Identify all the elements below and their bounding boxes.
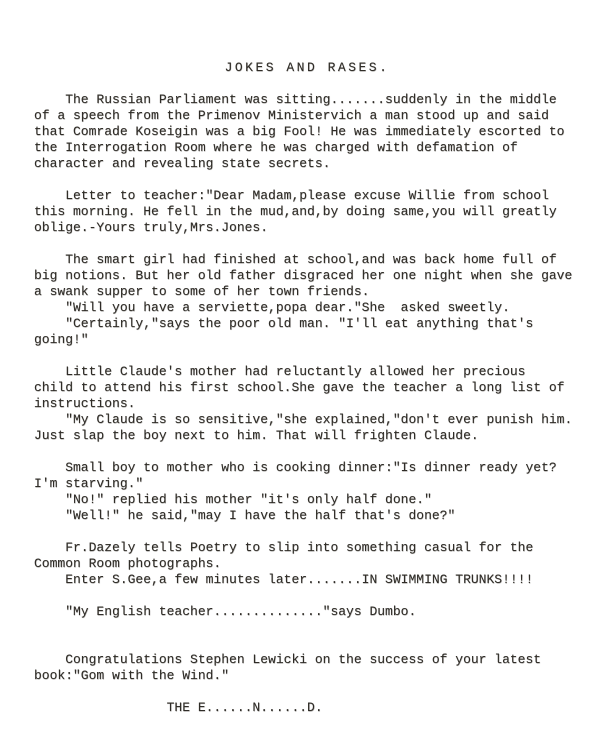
paragraph: The Russian Parliament was sitting......… bbox=[34, 92, 580, 172]
text-line: the Interrogation Room where he was char… bbox=[34, 140, 580, 156]
text-line: Small boy to mother who is cooking dinne… bbox=[34, 460, 580, 476]
text-line: big notions. But her old father disgrace… bbox=[34, 268, 580, 284]
paragraphs-container: The Russian Parliament was sitting......… bbox=[34, 92, 580, 716]
text-line: going!" bbox=[34, 332, 580, 348]
text-line: oblige.-Yours truly,Mrs.Jones. bbox=[34, 220, 580, 236]
text-line: Congratulations Stephen Lewicki on the s… bbox=[34, 652, 580, 668]
text-line: "My English teacher.............."says D… bbox=[34, 604, 580, 620]
paragraph: Little Claude's mother had reluctantly a… bbox=[34, 364, 580, 444]
text-line: Enter S.Gee,a few minutes later.......IN… bbox=[34, 572, 580, 588]
text-line: that Comrade Koseigin was a big Fool! He… bbox=[34, 124, 580, 140]
text-line: "Will you have a serviette,popa dear."Sh… bbox=[34, 300, 580, 316]
typewritten-page: JOKES AND RASES. The Russian Parliament … bbox=[0, 0, 606, 750]
page-title: JOKES AND RASES. bbox=[34, 60, 580, 76]
text-line: Just slap the boy next to him. That will… bbox=[34, 428, 580, 444]
text-line: I'm starving." bbox=[34, 476, 580, 492]
paragraph: "My English teacher.............."says D… bbox=[34, 604, 580, 620]
text-line: this morning. He fell in the mud,and,by … bbox=[34, 204, 580, 220]
text-line: Letter to teacher:"Dear Madam,please exc… bbox=[34, 188, 580, 204]
text-line: The smart girl had finished at school,an… bbox=[34, 252, 580, 268]
paragraph: Letter to teacher:"Dear Madam,please exc… bbox=[34, 188, 580, 236]
text-line: "My Claude is so sensitive,"she explaine… bbox=[34, 412, 580, 428]
text-line: a swank supper to some of her town frien… bbox=[34, 284, 580, 300]
text-line: instructions. bbox=[34, 396, 580, 412]
text-line: character and revealing state secrets. bbox=[34, 156, 580, 172]
text-line: THE E......N......D. bbox=[34, 700, 580, 716]
paragraph: THE E......N......D. bbox=[34, 700, 580, 716]
paragraph: Congratulations Stephen Lewicki on the s… bbox=[34, 652, 580, 684]
text-line: of a speech from the Primenov Ministervi… bbox=[34, 108, 580, 124]
paragraph: Small boy to mother who is cooking dinne… bbox=[34, 460, 580, 524]
text-line: "No!" replied his mother "it's only half… bbox=[34, 492, 580, 508]
text-line: child to attend his first school.She gav… bbox=[34, 380, 580, 396]
page-content: JOKES AND RASES. The Russian Parliament … bbox=[34, 60, 580, 716]
text-line: The Russian Parliament was sitting......… bbox=[34, 92, 580, 108]
text-line: Common Room photographs. bbox=[34, 556, 580, 572]
paragraph: The smart girl had finished at school,an… bbox=[34, 252, 580, 348]
text-line: "Well!" he said,"may I have the half tha… bbox=[34, 508, 580, 524]
text-line: "Certainly,"says the poor old man. "I'll… bbox=[34, 316, 580, 332]
paragraph: Fr.Dazely tells Poetry to slip into some… bbox=[34, 540, 580, 588]
text-line: Fr.Dazely tells Poetry to slip into some… bbox=[34, 540, 580, 556]
text-line: Little Claude's mother had reluctantly a… bbox=[34, 364, 580, 380]
text-line: book:"Gom with the Wind." bbox=[34, 668, 580, 684]
